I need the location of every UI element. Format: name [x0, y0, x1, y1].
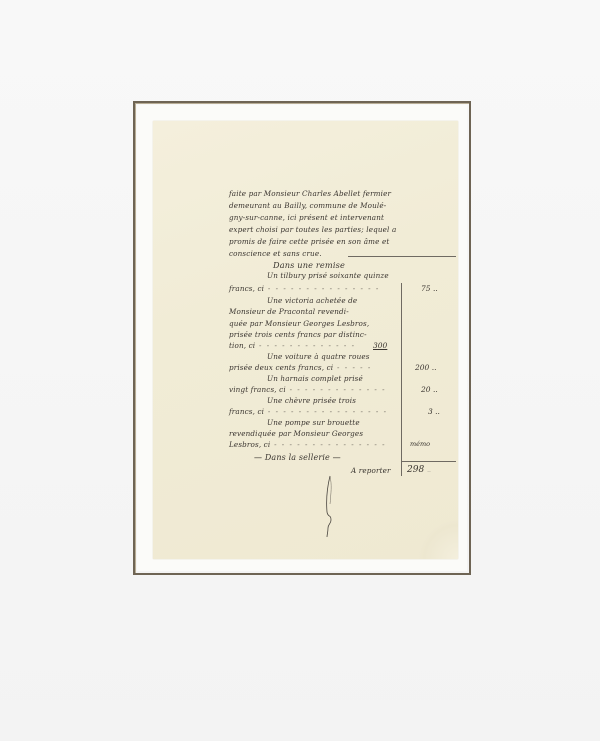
header-end-rule: [348, 256, 456, 257]
item-amount: 3 ..: [428, 407, 440, 416]
item-amount-memo: mémo: [410, 440, 430, 448]
item-amount: 200 ..: [415, 363, 437, 372]
amount-column-rule: [401, 283, 402, 476]
item-line: vingt francs, ci - - - - - - - - - - - -…: [229, 385, 386, 395]
item-amount: 75 ..: [421, 284, 438, 293]
header-line: gny-sur-canne, ici présent et intervenan…: [229, 213, 384, 223]
section-heading: Dans une remise: [273, 260, 345, 270]
item-amount: 20 ..: [421, 385, 438, 394]
signature-paraph: [322, 474, 336, 538]
next-section-heading: — Dans la sellerie —: [254, 453, 341, 463]
carry-forward-label: A reporter: [351, 466, 391, 476]
header-line: faite par Monsieur Charles Abellet fermi…: [229, 189, 391, 199]
item-line: prisée trois cents francs par distinc-: [229, 330, 367, 340]
header-line: promis de faire cette prisée en son âme …: [229, 237, 389, 247]
item-line: Une voiture à quatre roues: [267, 352, 370, 362]
header-line: demeurant au Bailly, commune de Moulé-: [229, 201, 386, 211]
item-line: tion, ci - - - - - - - - - - - - -: [229, 341, 356, 351]
item-line: Un harnais complet prisé: [267, 374, 363, 384]
total-rule: [401, 461, 456, 462]
item-inline-amount: 300: [373, 341, 387, 350]
item-line: Lesbros, ci - - - - - - - - - - - - - - …: [229, 440, 386, 450]
item-line: francs, ci - - - - - - - - - - - - - - -: [229, 284, 380, 294]
item-line: Une chèvre prisée trois: [267, 396, 356, 406]
carry-forward-total: 298 ..: [407, 465, 431, 475]
header-line: expert choisi par toutes les parties; le…: [229, 225, 396, 235]
item-line: Un tilbury prisé soixante quinze: [267, 271, 389, 281]
header-line: conscience et sans crue.: [229, 249, 322, 259]
item-line: francs, ci - - - - - - - - - - - - - - -…: [229, 407, 388, 417]
paper-corner-wear: [418, 519, 458, 559]
item-line: Une victoria achetée de: [267, 296, 357, 306]
item-line: prisée deux cents francs, ci - - - - -: [229, 363, 372, 373]
item-line: revendiquée par Monsieur Georges: [229, 429, 363, 439]
document-page: [153, 121, 458, 559]
item-line: Monsieur de Pracontal revendi-: [229, 307, 349, 317]
item-line: Une pompe sur brouette: [267, 418, 360, 428]
item-line: quée par Monsieur Georges Lesbros,: [229, 319, 369, 329]
